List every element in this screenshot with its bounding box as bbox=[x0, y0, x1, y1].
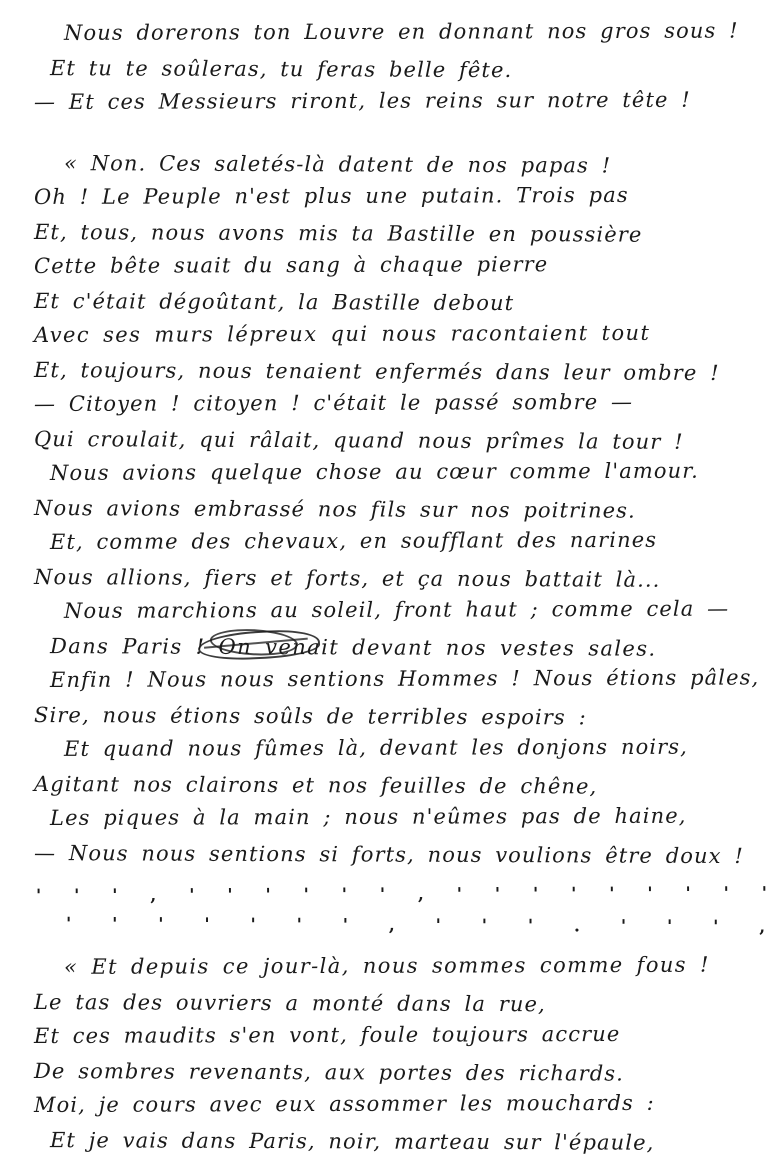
poem-line: Et je vais dans Paris, noir, marteau sur… bbox=[34, 1123, 758, 1161]
ellipsis-row: ' ' ' ' ' ' ' , ' ' ' . ' ' ' , ' bbox=[34, 910, 758, 941]
poem-line: Enfin ! Nous nous sentions Hommes ! Nous… bbox=[34, 660, 758, 697]
poem-line: Nous avions quelque chose au cœur comme … bbox=[34, 453, 758, 490]
poem-line: Moi, je cours avec eux assommer les mouc… bbox=[34, 1085, 758, 1122]
poem-line: Oh ! Le Peuple n'est plus une putain. Tr… bbox=[34, 177, 758, 214]
poem-line: Et ces maudits s'en vont, foule toujours… bbox=[34, 1016, 758, 1053]
poem-line: Nous dorerons ton Louvre en donnant nos … bbox=[34, 13, 758, 50]
poem-line: Cette bête suait du sang à chaque pierre bbox=[34, 246, 758, 283]
poem-line: — Nous nous sentions si forts, nous voul… bbox=[34, 836, 758, 874]
poem-line: Avec ses murs lépreux qui nous racontaie… bbox=[34, 315, 758, 352]
poem-line: — Citoyen ! citoyen ! c'était le passé s… bbox=[34, 384, 758, 421]
ellipsis-row: ' ' ' , ' ' ' ' ' ' , ' ' ' ' ' ' ' ' ' … bbox=[34, 879, 758, 910]
poem-line: « Et depuis ce jour-là, nous sommes comm… bbox=[34, 947, 758, 984]
poem-line: Et, comme des chevaux, en soufflant des … bbox=[34, 522, 758, 559]
poem-line: Nous marchions au soleil, front haut ; c… bbox=[34, 591, 758, 628]
poem-line: — Et ces Messieurs riront, les reins sur… bbox=[34, 82, 758, 119]
manuscript-page: Nous dorerons ton Louvre en donnant nos … bbox=[0, 0, 768, 1175]
poem-line: Et quand nous fûmes là, devant les donjo… bbox=[34, 729, 758, 766]
poem-line: Les piques à la main ; nous n'eûmes pas … bbox=[34, 798, 758, 835]
